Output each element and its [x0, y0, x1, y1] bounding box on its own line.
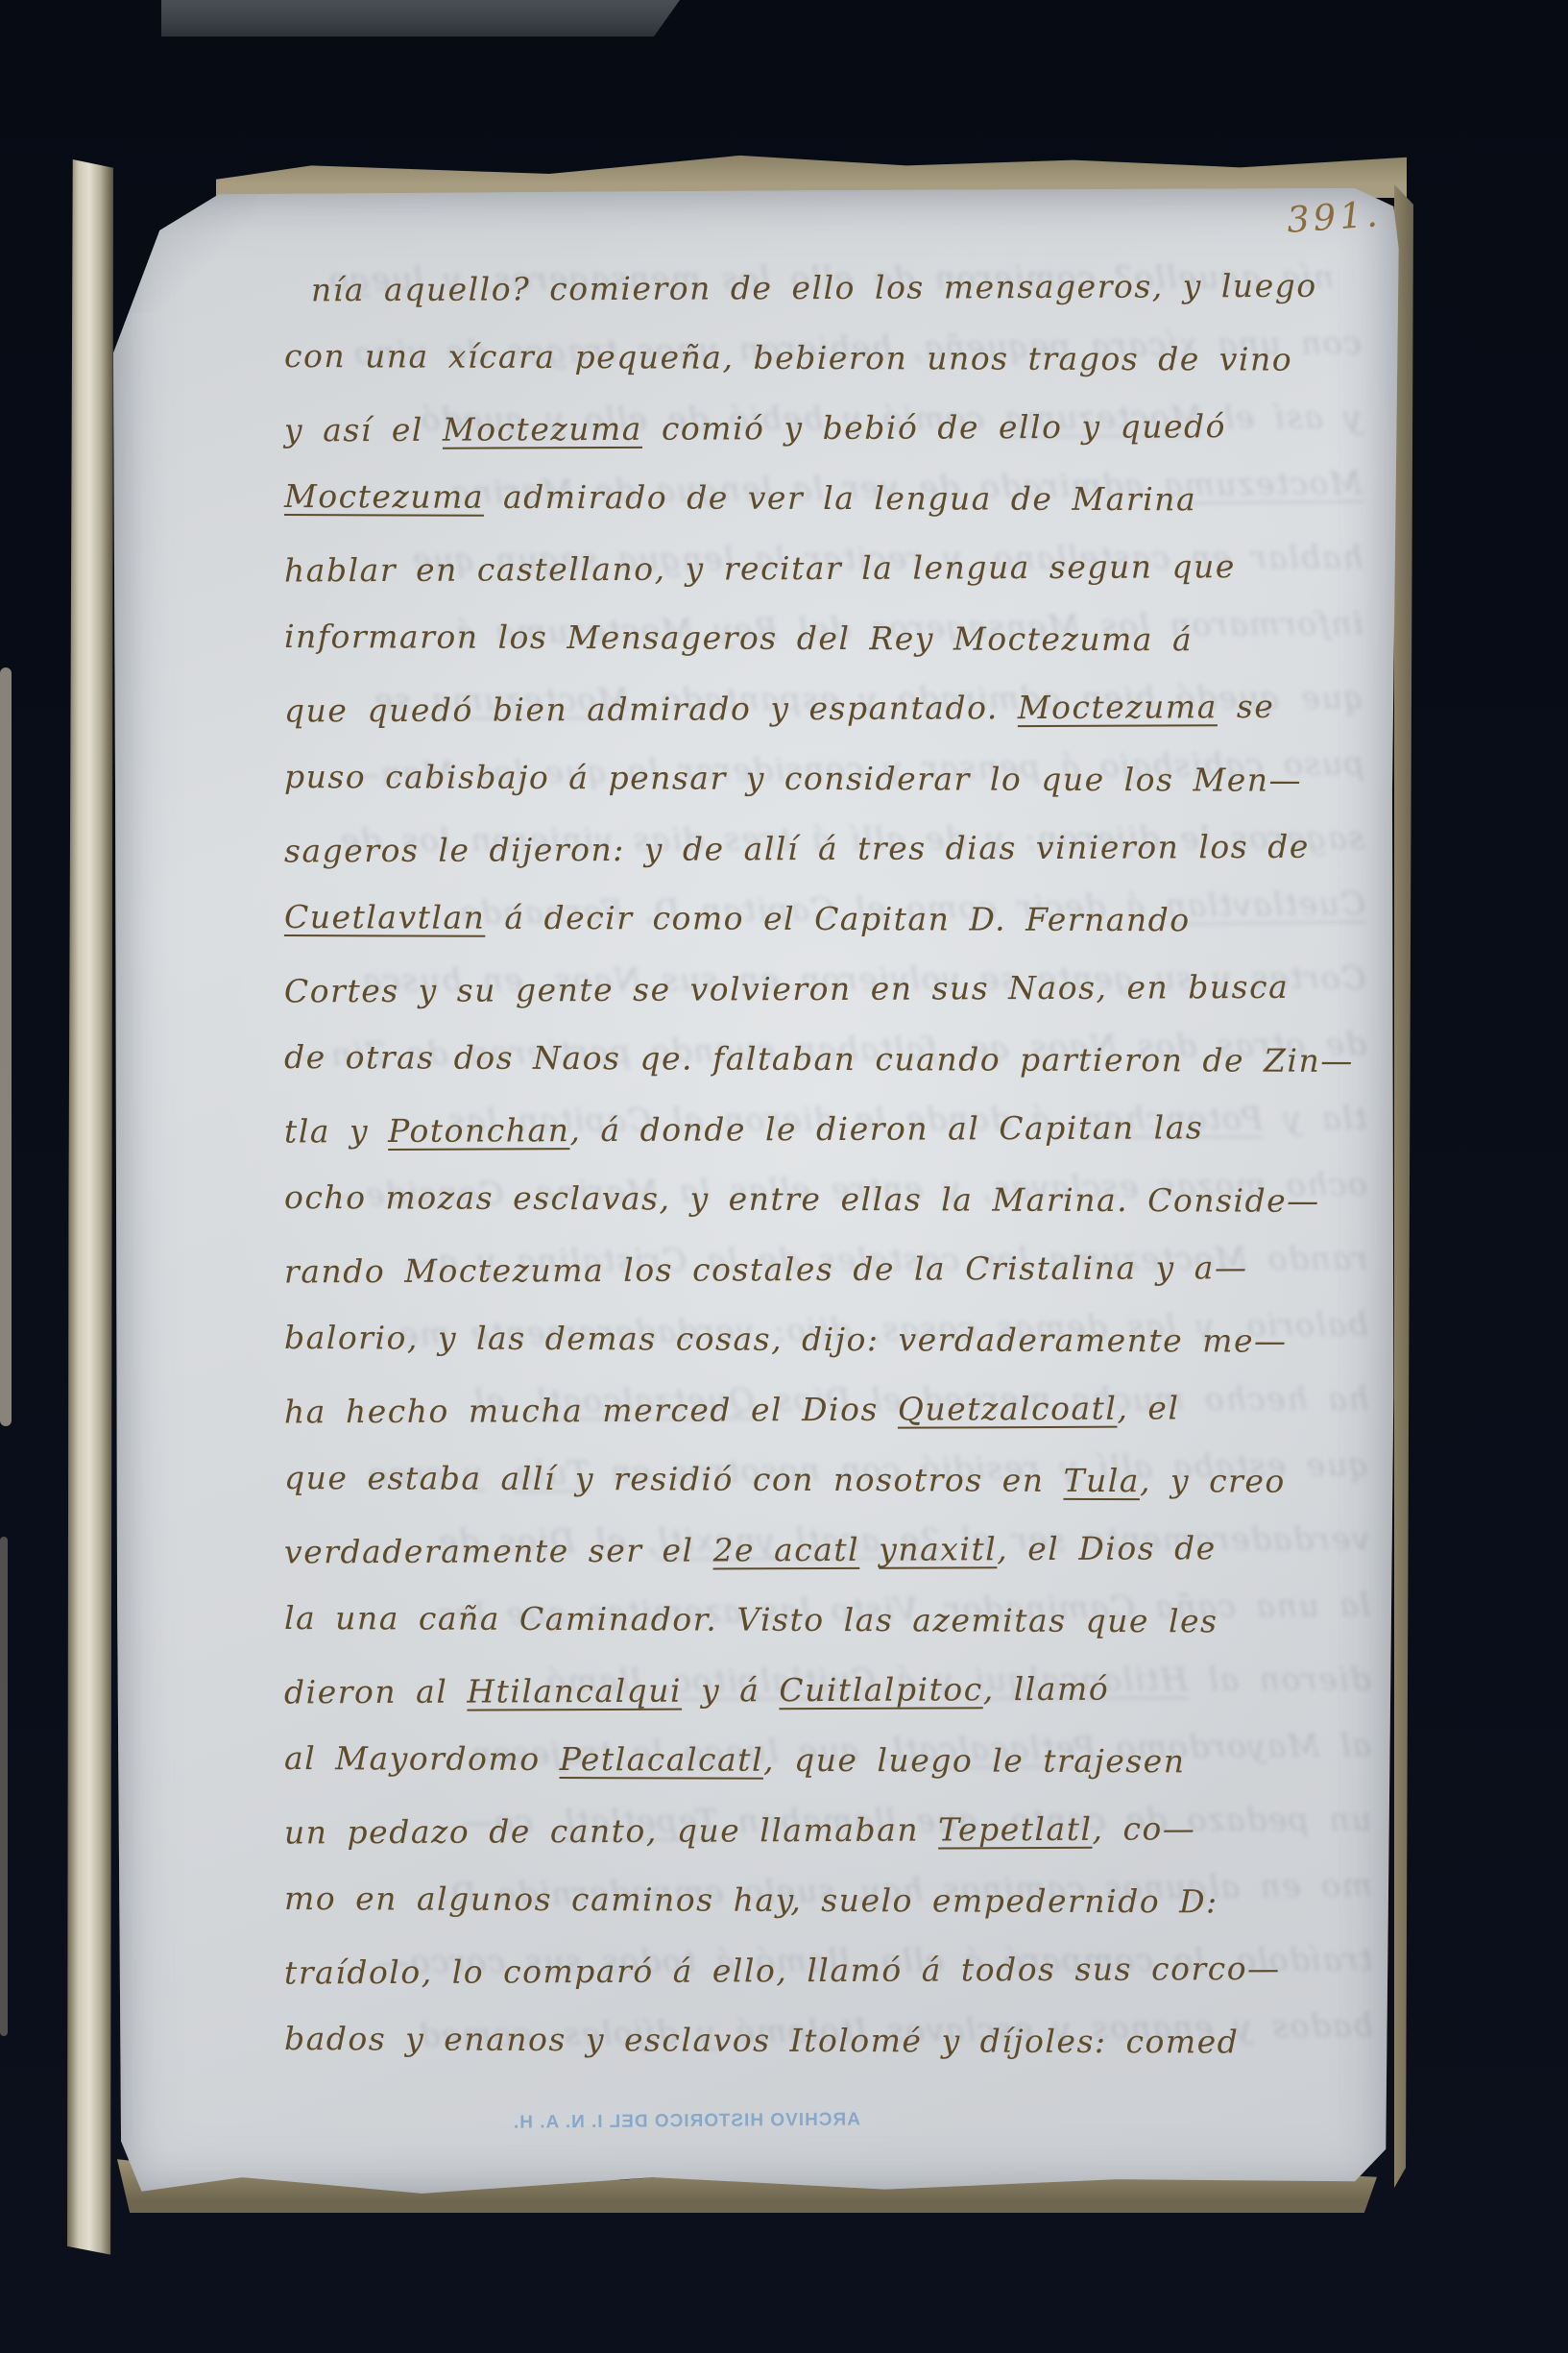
- underlined-word: Cuetlavtlan: [284, 898, 486, 936]
- text-segment: , el Dios de: [997, 1529, 1217, 1567]
- text-segment: , que luego le trajesen: [763, 1741, 1186, 1781]
- text-segment: hablar en castellano, y recitar la lengu…: [284, 547, 1236, 589]
- text-segment: traídolo, lo comparó á ello, llamó á tod…: [284, 1950, 1281, 1992]
- underlined-word: Moctezuma: [1018, 688, 1218, 726]
- underlined-word: Petlacalcatl: [560, 1740, 764, 1779]
- manuscript-line: al Mayordomo Petlacalcatl, que luego le …: [284, 1723, 1367, 1797]
- manuscript-line: de otras dos Naos qe. faltaban cuando pa…: [284, 1022, 1367, 1096]
- underlying-pages-right-edge: [1394, 184, 1413, 2188]
- text-segment: un pedazo de canto, que llamaban: [284, 1810, 938, 1851]
- manuscript-line: balorio, y las demas cosas, dijo: verdad…: [284, 1302, 1367, 1376]
- manuscript-line: ocho mozas esclavas, y entre ellas la Ma…: [284, 1162, 1367, 1236]
- text-segment: , y creo: [1140, 1462, 1286, 1500]
- text-segment: [859, 1531, 879, 1568]
- underlined-word: Potonchan: [388, 1111, 569, 1150]
- manuscript-line: ha hecho mucha merced el Dios Quetzalcoa…: [284, 1372, 1367, 1447]
- text-segment: se: [1218, 688, 1275, 725]
- text-segment: , llamó: [983, 1670, 1110, 1709]
- manuscript-line: nía aquello? comieron de ello los mensag…: [284, 251, 1367, 326]
- text-segment: balorio, y las demas cosas, dijo: verdad…: [284, 1319, 1288, 1360]
- text-segment: Cortes y su gente se volvieron en sus Na…: [284, 968, 1289, 1010]
- text-segment: ocho mozas esclavas, y entre ellas la Ma…: [284, 1178, 1320, 1220]
- text-segment: á decir como el Capitan D. Fernando: [485, 899, 1190, 939]
- manuscript-line: que quedó bien admirado y espantado. Moc…: [284, 671, 1367, 746]
- text-segment: con una xícara pequeña, bebieron unos tr…: [284, 337, 1292, 378]
- manuscript-line: con una xícara pequeña, bebieron unos tr…: [284, 321, 1367, 395]
- manuscript-line: sageros le dijeron: y de allí á tres dia…: [284, 812, 1367, 886]
- text-segment: ha hecho mucha merced el Dios: [284, 1391, 898, 1431]
- text-segment: mo en algunos caminos hay, suelo empeder…: [284, 1880, 1218, 1920]
- text-segment: admirado de ver la lengua de Marina: [484, 478, 1196, 519]
- manuscript-line: tla y Potonchan, á donde le dieron al Ca…: [284, 1092, 1367, 1167]
- manuscript-line: la una caña Caminador. Visto las azemita…: [284, 1583, 1367, 1657]
- manuscript-line: mo en algunos caminos hay, suelo empeder…: [284, 1863, 1367, 1937]
- underlined-word: ynaxitl: [879, 1530, 997, 1568]
- text-segment: sageros le dijeron: y de allí á tres dia…: [284, 828, 1310, 870]
- manuscript-line: y así el Moctezuma comió y bebió de ello…: [284, 391, 1367, 466]
- manuscript-line: dieron al Htilancalqui y á Cuitlalpitoc,…: [284, 1653, 1367, 1728]
- text-segment: y á: [682, 1671, 779, 1709]
- text-segment: , el: [1117, 1389, 1179, 1426]
- folded-corner-shadow: [113, 188, 257, 313]
- handwritten-text-block: nía aquello? comieron de ello los mensag…: [284, 253, 1367, 2197]
- manuscript-line: que estaba allí y residió con nosotros e…: [284, 1443, 1367, 1516]
- text-segment: nía aquello? comieron de ello los mensag…: [311, 267, 1317, 309]
- manuscript-line: un pedazo de canto, que llamaban Tepetla…: [284, 1793, 1367, 1868]
- underlined-word: Cuitlalpitoc: [779, 1670, 983, 1709]
- text-segment: y así el: [284, 411, 443, 449]
- manuscript-line: puso cabisbajo á pensar y considerar lo …: [284, 741, 1367, 815]
- text-segment: de otras dos Naos qe. faltaban cuando pa…: [284, 1038, 1354, 1079]
- underlined-word: Tepetlatl: [938, 1810, 1093, 1849]
- manuscript-line: hablar en castellano, y recitar la lengu…: [284, 531, 1367, 606]
- text-segment: que quedó bien admirado y espantado.: [284, 689, 1018, 729]
- text-segment: dieron al: [284, 1673, 467, 1711]
- underlined-word: Tula: [1063, 1462, 1140, 1499]
- manuscript-line: traídolo, lo comparó á ello, llamó á tod…: [284, 1933, 1367, 2008]
- text-segment: bados y enanos y esclavos Itolomé y díjo…: [284, 2020, 1239, 2060]
- text-segment: comió y bebió de ello y quedó: [642, 407, 1226, 448]
- archive-stamp: ARCHIVO HISTORICO DEL I. N. A. H.: [534, 2110, 860, 2144]
- manuscript-line: bados y enanos y esclavos Itolomé y díjo…: [284, 2003, 1367, 2077]
- manuscript-line: Moctezuma admirado de ver la lengua de M…: [284, 461, 1367, 535]
- text-segment: rando Moctezuma los costales de la Crist…: [284, 1249, 1248, 1290]
- manuscript-page: nía aquello? comieron de ello los mensag…: [113, 188, 1400, 2197]
- underlined-word: Moctezuma: [284, 477, 484, 516]
- text-segment: , á donde le dieron al Capitan las: [569, 1108, 1203, 1149]
- photo-background: { "page": { "number": "391.", "stamp": "…: [0, 0, 1568, 2353]
- text-segment: informaron los Mensageros del Rey Moctez…: [284, 618, 1193, 658]
- manuscript-line: Cuetlavtlan á decir como el Capitan D. F…: [284, 882, 1367, 956]
- text-segment: que estaba allí y residió con nosotros e…: [284, 1459, 1064, 1499]
- underlined-word: 2e acatl: [712, 1531, 859, 1569]
- text-segment: , co—: [1092, 1809, 1195, 1847]
- book-binding-sliver-lower: [0, 1537, 8, 2036]
- page-number: 391.: [1286, 188, 1452, 241]
- text-segment: al Mayordomo: [284, 1739, 560, 1778]
- book-binding-sliver: [0, 667, 12, 1426]
- manuscript-line: Cortes y su gente se volvieron en sus Na…: [284, 952, 1367, 1027]
- manuscript-line: rando Moctezuma los costales de la Crist…: [284, 1232, 1367, 1307]
- underlined-word: Moctezuma: [443, 410, 642, 449]
- text-segment: verdaderamente ser el: [284, 1532, 713, 1571]
- background-cloth-object: [161, 0, 680, 36]
- manuscript-line: informaron los Mensageros del Rey Moctez…: [284, 601, 1367, 675]
- text-segment: la una caña Caminador. Visto las azemita…: [284, 1599, 1218, 1639]
- book-page-stack-edge: [67, 159, 113, 2259]
- underlined-word: Htilancalqui: [467, 1672, 682, 1710]
- underlined-word: Quetzalcoatl: [898, 1390, 1118, 1428]
- text-segment: puso cabisbajo á pensar y considerar lo …: [284, 758, 1302, 799]
- manuscript-line: verdaderamente ser el 2e acatl ynaxitl, …: [284, 1513, 1367, 1588]
- text-segment: tla y: [284, 1112, 388, 1150]
